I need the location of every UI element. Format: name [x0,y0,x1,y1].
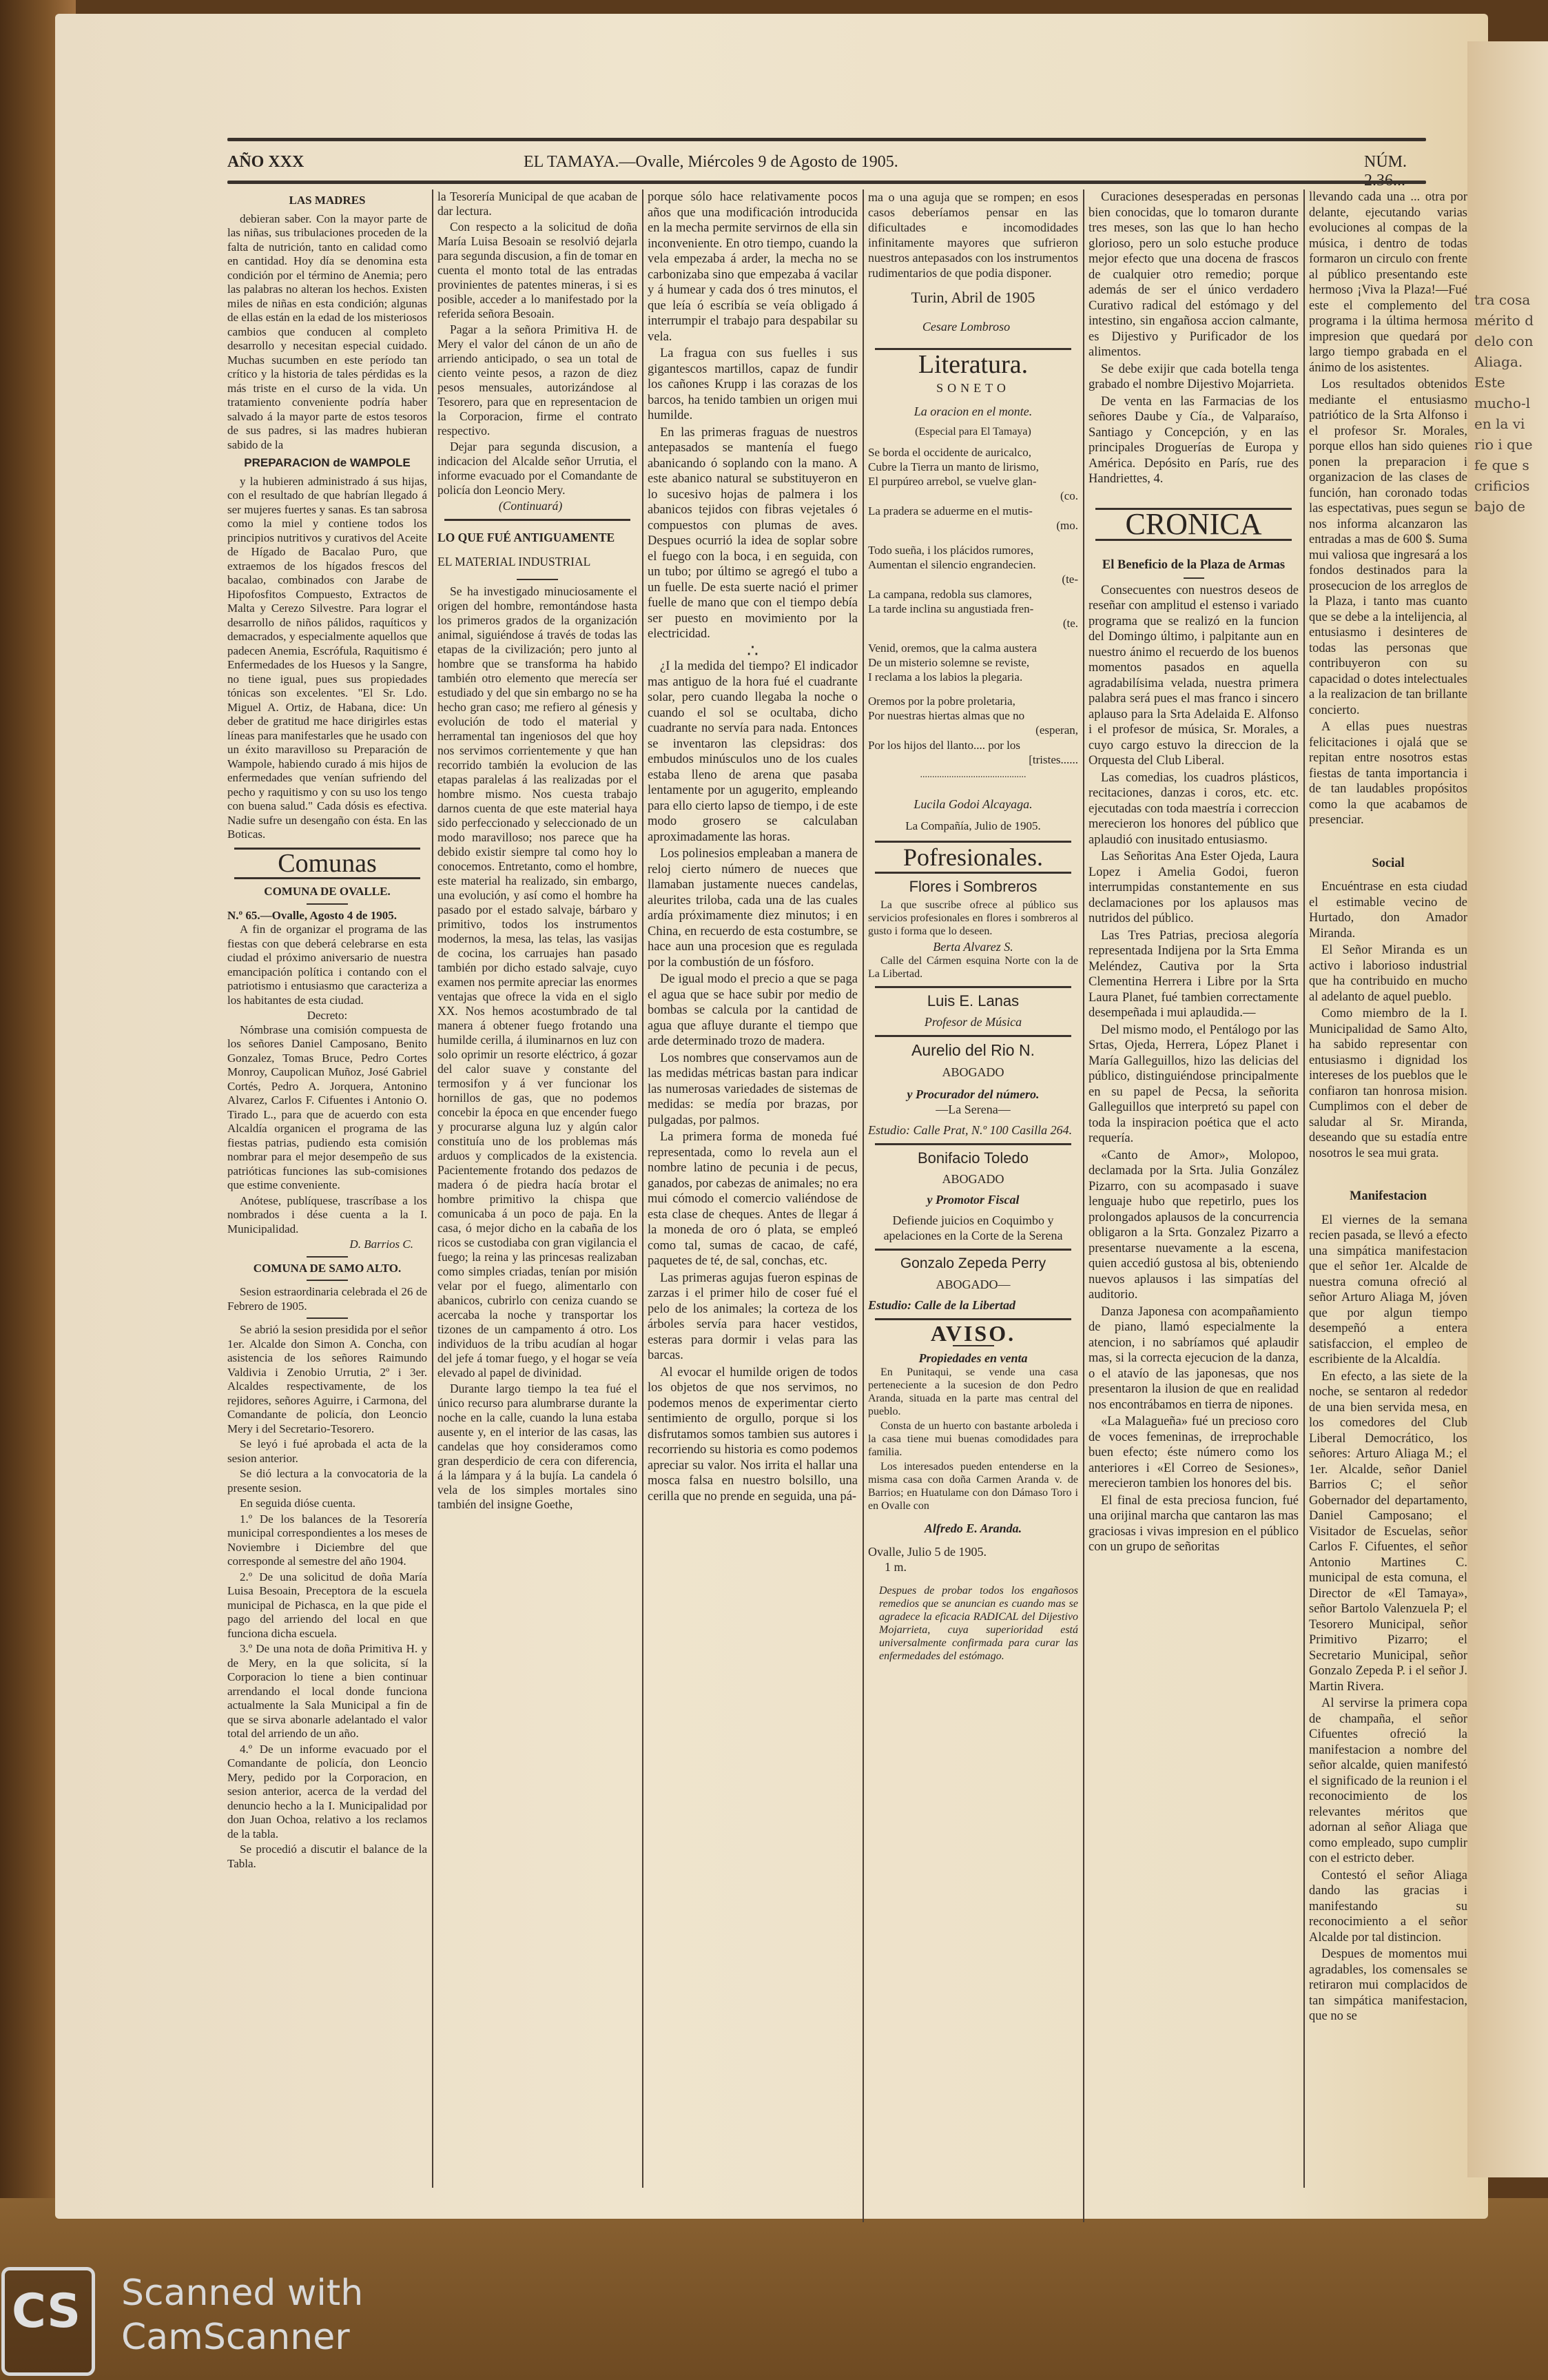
divider [307,903,348,905]
stanza-break [868,684,1078,694]
notice-signature: Alfredo E. Aranda. [868,1521,1078,1536]
column-rule [1303,189,1305,2188]
article-title-line-1: LO QUE FUÉ ANTIGUAMENTE [437,531,637,545]
poem-line: Cubre la Tierra un manto de lirismo, [868,460,1078,474]
column-1: LAS MADRES debieran saber. Con la mayor … [227,189,427,1872]
divider [307,1317,348,1319]
paragraph: Se procedió a discutir el balance de la … [227,1843,427,1871]
author: Cesare Lombroso [868,319,1078,334]
paragraph: Se dió lectura a la convocatoria de la p… [227,1467,427,1495]
poem-line: Por nuestras hiertas almas que no [868,708,1078,723]
ad-name: Bonifacio Toledo [868,1151,1078,1166]
divider [875,1143,1071,1145]
ad-address: Estudio: Calle Prat, N.º 100 Casilla 264… [868,1122,1078,1138]
ad-role: Profesor de Música [868,1014,1078,1029]
ad-product-name: PREPARACION de WAMPOLE [227,456,427,471]
poem-line: De un misterio solemne se reviste, [868,655,1078,670]
paragraph: Se ha investigado minuciosamente el orig… [437,584,637,1380]
signature: D. Barrios C. [227,1238,427,1252]
masthead-rule-bottom [227,181,1426,184]
paragraph: El final de esta preciosa funcion, fué u… [1088,1493,1299,1555]
poem-line: Se borda el occidente de auricalco, [868,445,1078,460]
section-break-asterism: ∴ [648,644,858,659]
decree-label: Decreto: [227,1009,427,1023]
masthead-number: NÚM. 2.36... [1364,153,1426,190]
paragraph: ma o una aguja que se rompen; en esos ca… [868,189,1078,280]
paragraph: 3.º De una nota de doña Primitiva H. y d… [227,1642,427,1741]
ad-role: ABOGADO [868,1171,1078,1187]
paragraph: 2.º De una solicitud de doña María Luisa… [227,1570,427,1641]
paragraph: Pagar a la señora Primitiva H. de Mery e… [437,322,637,438]
paragraph: De igual modo el precio a que se paga el… [648,972,858,1049]
divider [517,579,558,580]
paragraph: Los interesados pueden entenderse en la … [868,1460,1078,1512]
paragraph: A ellas pues nuestras felicitaciones i o… [1309,719,1467,828]
section-heading-profesionales: Pofresionales. [868,850,1078,865]
poem-line: (te. [868,616,1078,631]
ad-name: Gonzalo Zepeda Perry [868,1256,1078,1271]
section-heading-manifestacion: Manifestacion [1309,1189,1467,1204]
paragraph: Consta de un huerto con bastante arboled… [868,1419,1078,1459]
poem-line: I reclama a los labios la plegaria. [868,670,1078,684]
stanza-break [868,631,1078,641]
camscanner-logo-icon: CS [1,2267,95,2376]
poem-line: La pradera se aduerme en el mutis- [868,504,1078,518]
divider [307,1280,348,1281]
paragraph: 1.º De los balances de la Tesorería muni… [227,1512,427,1569]
notice-duration: 1 m. [868,1559,1078,1574]
ad-body-continued: y la hubieren administrado á sus hijas, … [227,475,427,842]
notice-date: Ovalle, Julio 5 de 1905. [868,1544,1078,1559]
paragraph: 4.º De un informe evacuado por el Comand… [227,1743,427,1842]
poem-line: [tristes...... [868,752,1078,768]
poem-note: (Especial para El Tamaya) [868,424,1078,440]
paragraph: Dejar para segunda discusion, a indicaci… [437,440,637,497]
poem-line: (esperan, [868,723,1078,738]
paragraph: Se abrió la sesion presidida por el seño… [227,1323,427,1436]
column-rule [863,189,864,2222]
paragraph: «La Malagueña» fué un precioso coro de v… [1088,1414,1299,1492]
decree-reference: N.º 65.—Ovalle, Agosto 4 de 1905. [227,909,427,923]
poem-line: (co. [868,489,1078,504]
remedy-ad: Despues de probar todos los engañosos re… [868,1584,1078,1663]
poem-line: Oremos por la pobre proletaria, [868,694,1078,708]
paragraph: Al evocar el humilde origen de todos los… [648,1365,858,1505]
paragraph: A fin de organizar el programa de las fi… [227,923,427,1007]
column-rule [1083,189,1084,2222]
ad-body: La que suscribe ofrece al público sus se… [868,899,1078,938]
ad-title: Flores i Sombreros [868,879,1078,894]
notice-title: AVISO. [868,1326,1078,1341]
ad-signature: Berta Alvarez S. [868,939,1078,954]
watermark-text: Scanned with CamScanner [121,2271,363,2359]
paragraph: En seguida dióse cuenta. [227,1497,427,1511]
paragraph: porque sólo hace relativamente pocos año… [648,189,858,345]
paragraph: La fragua con sus fuelles i sus gigantes… [648,346,858,424]
paragraph: Las comedias, los cuadros plásticos, rec… [1088,770,1299,848]
paragraph: Contestó el señor Aliaga dando las graci… [1309,1868,1467,1946]
paragraph: Los polinesios empleaban a manera de rel… [648,846,858,970]
column-6: llevando cada una ... otra por delante, … [1309,189,1467,2026]
ad-name: Luis E. Lanas [868,994,1078,1009]
paragraph: ¿I la medida del tiempo? El indicador ma… [648,659,858,845]
paragraph: De venta en las Farmacias de los señores… [1088,394,1299,487]
poem-body: Se borda el occidente de auricalco, Cubr… [868,445,1078,783]
ad-address: Estudio: Calle de la Libertad [868,1297,1078,1313]
poem-title: La oracion en el monte. [868,404,1078,419]
masthead-year: AÑO XXX [227,153,304,172]
ad-subtitle: y Promotor Fiscal [868,1192,1078,1207]
dateline: Turin, Abril de 1905 [868,290,1078,305]
paragraph: Encuéntrase en esta ciudad el estimable … [1309,879,1467,941]
column-2: la Tesorería Municipal de que acaban de … [437,189,637,1513]
paragraph: En Punitaqui, se vende una casa pertenec… [868,1366,1078,1418]
masthead-rule-top [227,138,1426,141]
poem-line: Venid, oremos, que la calma austera [868,641,1078,655]
paragraph: la Tesorería Municipal de que acaban de … [437,189,637,218]
divider [875,841,1071,843]
ad-role: ABOGADO [868,1065,1078,1080]
divider [444,519,630,521]
paragraph: Las Tres Patrias, preciosa alegoría repr… [1088,928,1299,1021]
paragraph: Con respecto a la solicitud de doña Marí… [437,220,637,321]
paragraph: El viernes de la semana recien pasada, s… [1309,1213,1467,1368]
notice-subtitle: Propiedades en venta [868,1351,1078,1366]
article-subheading: El Beneficio de la Plaza de Armas [1088,557,1299,573]
poem-line: Todo sueña, i los plácidos rumores, [868,543,1078,557]
divider [875,986,1071,988]
section-heading-cronica: CRONICA [1088,517,1299,533]
masthead: AÑO XXX EL TAMAYA.—Ovalle, Miércoles 9 d… [227,153,1426,181]
ad-heading: LAS MADRES [227,194,427,208]
next-page-fragment: tra cosa mérito d delo con Aliaga. Este … [1467,41,1548,517]
paragraph: Al servirse la primera copa de champaña,… [1309,1696,1467,1867]
poem-line: La campana, redobla sus clamores, [868,587,1078,602]
masthead-title: EL TAMAYA.—Ovalle, Miércoles 9 de Agosto… [524,153,898,172]
comuna-heading: COMUNA DE OVALLE. [227,885,427,899]
paragraph: Los resultados obtenidos mediante el ent… [1309,377,1467,718]
paragraph: En efecto, a las siete de la noche, se s… [1309,1369,1467,1695]
paragraph: Danza Japonesa con acompañamiento de pia… [1088,1304,1299,1413]
next-page-edge: tra cosa mérito d delo con Aliaga. Este … [1467,41,1548,2177]
column-rule [432,189,433,2188]
paragraph: Anótese, publíquese, trascríbase a los n… [227,1194,427,1237]
paragraph: La primera forma de moneda fué represent… [648,1129,858,1269]
poem-author: Lucila Godoi Alcayaga. [868,797,1078,812]
paragraph: El Señor Miranda es un activo i laborios… [1309,943,1467,1005]
divider [875,872,1071,874]
poem-line: Aumentan el silencio engrandecien. [868,557,1078,572]
paragraph: En las primeras fraguas de nuestros ante… [648,425,858,642]
divider [875,1318,1071,1320]
divider [1184,577,1204,579]
paragraph: «Canto de Amor», Molopoo, declamada por … [1088,1148,1299,1303]
section-heading-social: Social [1309,856,1467,872]
ad-city: —La Serena— [868,1102,1078,1117]
paragraph: Del mismo modo, el Pentálogo por las Srt… [1088,1023,1299,1147]
poem-line: El purpúreo arrebol, se vuelve glan- [868,474,1078,489]
ad-address: Calle del Cármen esquina Norte con la de… [868,954,1078,981]
paragraph: Los nombres que conservamos aun de las m… [648,1051,858,1129]
paragraph: Se leyó i fué aprobada el acta de la ses… [227,1437,427,1466]
paragraph: Las primeras agujas fueron espinas de za… [648,1271,858,1364]
logo-text: CS [12,2284,81,2339]
paragraph: Como miembro de la I. Municipalidad de S… [1309,1006,1467,1161]
paragraph: Curaciones desesperadas en personas bien… [1088,189,1299,360]
column-4: ma o una aguja que se rompen; en esos ca… [868,189,1078,1664]
comuna-heading: COMUNA DE SAMO ALTO. [227,1262,427,1276]
column-5: Curaciones desesperadas en personas bien… [1088,189,1299,1557]
paragraph: llevando cada una ... otra por delante, … [1309,189,1467,376]
poem-dateline: La Compañía, Julio de 1905. [868,819,1078,834]
divider [875,1035,1071,1037]
column-rule [642,189,643,2188]
section-heading-comunas: Comunas [227,856,427,871]
paragraph: Se debe exijir que cada botella tenga gr… [1088,362,1299,393]
poem-type: SONETO [868,380,1078,396]
session-reference: Sesion estraordinaria celebrada el 26 de… [227,1285,427,1313]
poem-dots: ........................................… [868,768,1078,783]
poem-line: (te- [868,572,1078,587]
article-title-line-2: EL MATERIAL INDUSTRIAL [437,555,637,569]
column-3: porque sólo hace relativamente pocos año… [648,189,858,1506]
paragraph: Nómbrase una comisión compuesta de los s… [227,1023,427,1193]
ad-body: debieran saber. Con la mayor parte de la… [227,212,427,453]
divider [307,1256,348,1258]
stanza-break [868,533,1078,543]
continued-note: (Continuará) [437,499,637,513]
watermark-line-1: Scanned with [121,2271,363,2315]
ad-role: ABOGADO— [868,1277,1078,1292]
ad-body: Defiende juicios en Coquimbo y apelacion… [868,1213,1078,1243]
section-heading-literatura: Literatura. [868,357,1078,372]
paragraph: Las Señoritas Ana Ester Ojeda, Laura Lop… [1088,849,1299,927]
poem-line: (mo. [868,518,1078,533]
ad-name: Aurelio del Rio N. [868,1043,1078,1058]
ad-subtitle: y Procurador del número. [868,1087,1078,1102]
paragraph: Despues de momentos mui agradables, los … [1309,1947,1467,2024]
paragraph: Consecuentes con nuestros deseos de rese… [1088,583,1299,769]
watermark-line-2: CamScanner [121,2315,363,2359]
paragraph: Durante largo tiempo la tea fué el único… [437,1382,637,1512]
poem-line: Por los hijos del llanto.... por los [868,738,1078,752]
divider [875,1249,1071,1251]
poem-line: La tarde inclina su angustiada fren- [868,602,1078,616]
